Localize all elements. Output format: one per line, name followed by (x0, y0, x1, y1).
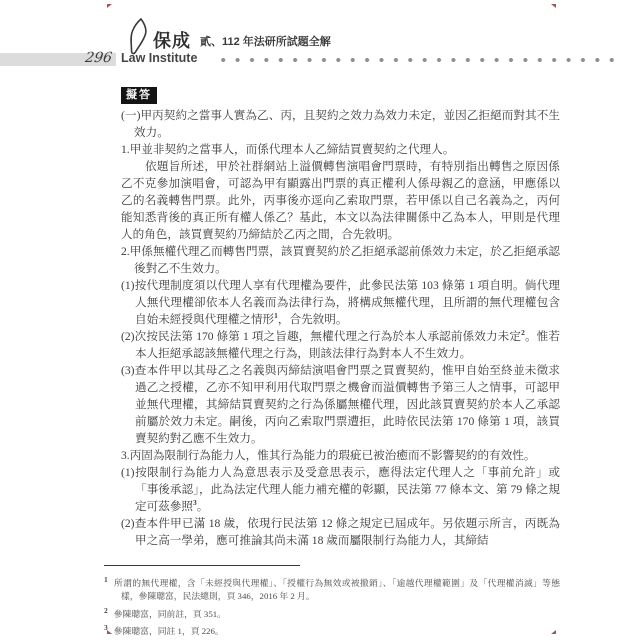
institute-name: Law Institute (121, 51, 197, 65)
item-text: 查本件甲已滿 18 歲，依現行民法第 12 條之規定已屆成年。另依題示所言，丙既… (135, 517, 560, 547)
dotted-rule (216, 54, 620, 64)
footnote: 3參陳聰富，同註 1，頁 226。 (104, 621, 560, 638)
section-text: 甲丙契約之當事人實為乙、丙，且契約之效力為效力未定，並因乙拒絕而對其不生效力。 (134, 109, 560, 139)
item-text: 。 (197, 500, 209, 513)
sub-item: (1)按代理制度須以代理人享有代理權為要件，此參民法第 103 條第 1 項自明… (121, 277, 560, 328)
list-marker: (2) (121, 330, 135, 343)
body-paragraph: 依題旨所述，甲於社群網站上溢價轉售演唱會門票時，有特別指出轉售之原因係乙不克參加… (121, 158, 560, 243)
sub-item: (1)按限制行為能力人為意思表示及受意思表示，應得法定代理人之「事前允許」或「事… (121, 464, 560, 515)
brand-name: 保成 (153, 27, 191, 53)
sub-item: (2)次按民法第 170 條第 1 項之旨趣，無權代理之行為於本人承認前係效力未… (121, 328, 560, 362)
series-title: 貳、112 年法研所試題全解 (200, 33, 331, 49)
list-marker: 1. (121, 143, 130, 156)
footnote-number: 1 (104, 575, 108, 584)
answer-body: 擬答 (一)甲丙契約之當事人實為乙、丙，且契約之效力為效力未定，並因乙拒絕而對其… (121, 86, 560, 549)
section-heading: (一)甲丙契約之當事人實為乙、丙，且契約之效力為效力未定，並因乙拒絕而對其不生效… (121, 107, 560, 141)
footnote-rule (104, 565, 300, 566)
footnote-text: 所謂的無代理權，含「未經授與代理權」、「授權行為無效或被撤銷」、「逾越代理權範圍… (114, 578, 560, 602)
book-page: 保成 貳、112 年法研所試題全解 296 Law Institute 擬答 (… (0, 0, 640, 640)
list-marker: 2. (121, 245, 130, 258)
list-marker: 3. (121, 449, 130, 462)
footnote-text: 參陳聰富，同前註，頁 351。 (114, 609, 226, 619)
footnote: 1所謂的無代理權，含「未經授與代理權」、「授權行為無效或被撤銷」、「逾越代理權範… (104, 573, 560, 604)
item-text: ，合先敘明。 (278, 313, 348, 326)
list-marker: (一) (121, 109, 140, 122)
list-marker: (1) (121, 466, 135, 479)
footnotes-section: 1所謂的無代理權，含「未經授與代理權」、「授權行為無效或被撤銷」、「逾越代理權範… (104, 565, 560, 639)
sub-item: (2)查本件甲已滿 18 歲，依現行民法第 12 條之規定已屆成年。另依題示所言… (121, 515, 560, 549)
footnote-number: 2 (104, 606, 108, 615)
footnote: 2參陳聰富，同前註，頁 351。 (104, 604, 560, 621)
numbered-item: 3.丙固為限制行為能力人，惟其行為能力的瑕疵已被治癒而不影響契約的有效性。 (121, 447, 560, 464)
list-marker: (2) (121, 517, 135, 530)
numbered-item: 2.甲係無權代理乙而轉售門票，該買賣契約於乙拒絕承認前係效力未定，於乙拒絕承認後… (121, 243, 560, 277)
item-text: 次按民法第 170 條第 1 項之旨趣，無權代理之行為於本人承認前係效力未定 (135, 330, 522, 343)
item-text: 丙固為限制行為能力人，惟其行為能力的瑕疵已被治癒而不影響契約的有效性。 (130, 449, 536, 462)
item-text: 查本件甲以其母乙之名義與丙締結演唱會門票之買賣契約，惟甲自始至終並未徵求過乙之授… (135, 364, 560, 445)
item-text: 甲並非契約之當事人，而係代理本人乙締結買賣契約之代理人。 (130, 143, 455, 156)
list-marker: (3) (121, 364, 135, 377)
list-marker: (1) (121, 279, 135, 292)
page-header: 保成 貳、112 年法研所試題全解 296 Law Institute (0, 0, 640, 80)
model-answer-label: 擬答 (121, 87, 157, 104)
footnote-number: 3 (104, 623, 108, 632)
item-text: 甲係無權代理乙而轉售門票，該買賣契約於乙拒絕承認前係效力未定，於乙拒絕承認後對乙… (130, 245, 560, 275)
footnote-text: 參陳聰富，同註 1，頁 226。 (114, 626, 224, 636)
sub-item: (3)查本件甲以其母乙之名義與丙締結演唱會門票之買賣契約，惟甲自始至終並未徵求過… (121, 362, 560, 447)
page-number: 296 (0, 50, 113, 66)
numbered-item: 1.甲並非契約之當事人，而係代理本人乙締結買賣契約之代理人。 (121, 141, 560, 158)
